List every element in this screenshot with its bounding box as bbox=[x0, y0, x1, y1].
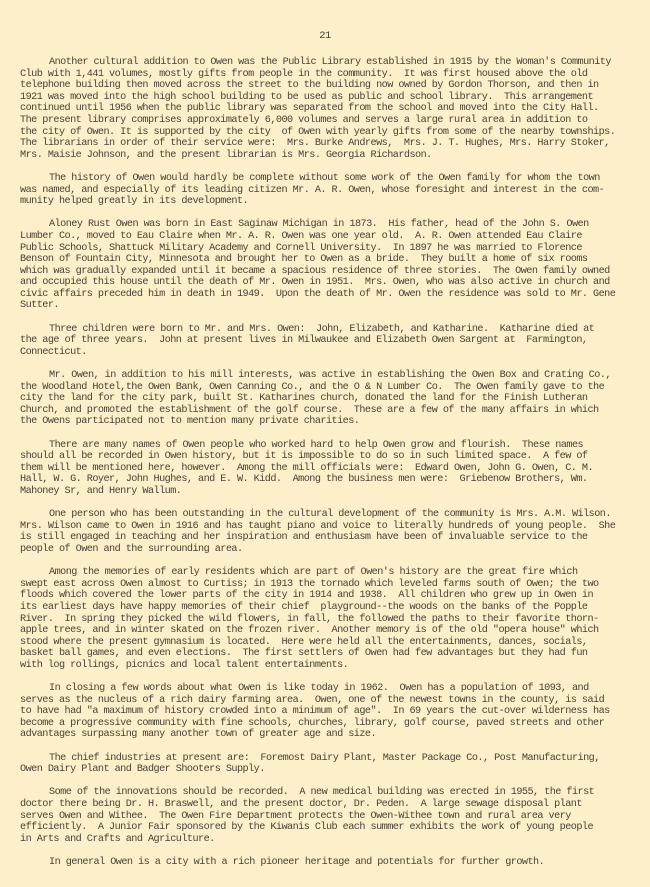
text-line: city the land for the city park, built S… bbox=[20, 393, 640, 405]
text-line: There are many names of Owen people who … bbox=[20, 440, 640, 452]
text-line: Mr. Owen, in addition to his mill intere… bbox=[20, 370, 640, 382]
text-line: serves as the nucleus of a rich dairy fa… bbox=[20, 695, 640, 707]
text-line: Benson of Fountain City, Minnesota and b… bbox=[20, 254, 640, 266]
text-line: become a progressive community with fine… bbox=[20, 718, 640, 730]
paragraph: The history of Owen would hardly be comp… bbox=[20, 173, 640, 208]
text-line: Some of the innovations should be record… bbox=[20, 787, 640, 799]
text-line: Connecticut. bbox=[20, 347, 640, 359]
text-line: telephone building then moved across the… bbox=[20, 80, 640, 92]
page-body: Another cultural addition to Owen was th… bbox=[20, 57, 640, 880]
paragraph: In closing a few words about what Owen i… bbox=[20, 683, 640, 741]
text-line: Lumber Co., moved to Eau Claire when Mr.… bbox=[20, 231, 640, 243]
paragraph: Among the memories of early residents wh… bbox=[20, 567, 640, 671]
text-line: floods which covered the lower parts of … bbox=[20, 590, 640, 602]
text-line: Hall, W. G. Royer, John Hughes, and E. W… bbox=[20, 474, 640, 486]
text-line: Mrs. Wilson came to Owen in 1916 and has… bbox=[20, 521, 640, 533]
text-line: Sutter. bbox=[20, 300, 640, 312]
text-line: One person who has been outstanding in t… bbox=[20, 509, 640, 521]
text-line: swept east across Owen almost to Curtiss… bbox=[20, 579, 640, 591]
text-line: The history of Owen would hardly be comp… bbox=[20, 173, 640, 185]
text-line: continued until 1956 when the public lib… bbox=[20, 103, 640, 115]
page-number: 21 bbox=[0, 31, 650, 43]
paragraph: Some of the innovations should be record… bbox=[20, 787, 640, 845]
text-line: the age of three years. John at present … bbox=[20, 335, 640, 347]
text-line: River. In spring they picked the wild fl… bbox=[20, 614, 640, 626]
text-line: Church, and promoted the establishment o… bbox=[20, 405, 640, 417]
text-line: Three children were born to Mr. and Mrs.… bbox=[20, 324, 640, 336]
text-line: and occupied this house until the death … bbox=[20, 277, 640, 289]
text-line: Aloney Rust Owen was born in East Sagina… bbox=[20, 219, 640, 231]
text-line: The present library comprises approximat… bbox=[20, 115, 640, 127]
text-line: The librarians in order of their service… bbox=[20, 138, 640, 150]
text-line: people of Owen and the surrounding area. bbox=[20, 544, 640, 556]
text-line: the city of Owen. It is supported by the… bbox=[20, 127, 640, 139]
paragraph: Three children were born to Mr. and Mrs.… bbox=[20, 324, 640, 359]
text-line: Mahoney Sr, and Henry Wallum. bbox=[20, 486, 640, 498]
paragraph: The chief industries at present are: For… bbox=[20, 753, 640, 776]
paragraph: Mr. Owen, in addition to his mill intere… bbox=[20, 370, 640, 428]
text-line: Among the memories of early residents wh… bbox=[20, 567, 640, 579]
text-line: apple trees, and in winter skated on the… bbox=[20, 625, 640, 637]
text-line: the Woodland Hotel,the Owen Bank, Owen C… bbox=[20, 382, 640, 394]
text-line: should all be recorded in Owen history, … bbox=[20, 451, 640, 463]
text-line: basket ball games, and even elections. T… bbox=[20, 648, 640, 660]
paragraph: There are many names of Owen people who … bbox=[20, 440, 640, 498]
text-line: stood where the present gymnasium is loc… bbox=[20, 637, 640, 649]
text-line: advantages surpassing many another town … bbox=[20, 729, 640, 741]
text-line: in Arts and Crafts and Agriculture. bbox=[20, 834, 640, 846]
text-line: civic affairs preceded him in death in 1… bbox=[20, 289, 640, 301]
text-line: In general Owen is a city with a rich pi… bbox=[20, 857, 640, 869]
text-line: 1921 was moved into the high school buil… bbox=[20, 92, 640, 104]
text-line: its earliest days have happy memories of… bbox=[20, 602, 640, 614]
text-line: In closing a few words about what Owen i… bbox=[20, 683, 640, 695]
text-line: them will be mentioned here, however. Am… bbox=[20, 463, 640, 475]
text-line: efficiently. A Junior Fair sponsored by … bbox=[20, 822, 640, 834]
paragraph: Another cultural addition to Owen was th… bbox=[20, 57, 640, 161]
paragraph: Aloney Rust Owen was born in East Sagina… bbox=[20, 219, 640, 312]
paragraph: One person who has been outstanding in t… bbox=[20, 509, 640, 555]
text-line: Another cultural addition to Owen was th… bbox=[20, 57, 640, 69]
paragraph: In general Owen is a city with a rich pi… bbox=[20, 857, 640, 869]
text-line: which was gradually expanded until it be… bbox=[20, 266, 640, 278]
text-line: is still engaged in teaching and her ins… bbox=[20, 532, 640, 544]
text-line: the Owens participated not to mention ma… bbox=[20, 416, 640, 428]
text-line: serves Owen and Withee. The Owen Fire De… bbox=[20, 811, 640, 823]
text-line: Club with 1,441 volumes, mostly gifts fr… bbox=[20, 69, 640, 81]
text-line: was named, and especially of its leading… bbox=[20, 185, 640, 197]
text-line: to have had "a maximum of history crowde… bbox=[20, 706, 640, 718]
typewritten-page: 21 Another cultural addition to Owen was… bbox=[0, 0, 650, 887]
text-line: munity helped greatly in its development… bbox=[20, 196, 640, 208]
text-line: doctor there being Dr. H. Braswell, and … bbox=[20, 799, 640, 811]
text-line: with log rollings, picnics and local tal… bbox=[20, 660, 640, 672]
text-line: Public Schools, Shattuck Military Academ… bbox=[20, 243, 640, 255]
text-line: Mrs. Maisie Johnson, and the present lib… bbox=[20, 150, 640, 162]
text-line: The chief industries at present are: For… bbox=[20, 753, 640, 765]
text-line: Owen Dairy Plant and Badger Shooters Sup… bbox=[20, 764, 640, 776]
